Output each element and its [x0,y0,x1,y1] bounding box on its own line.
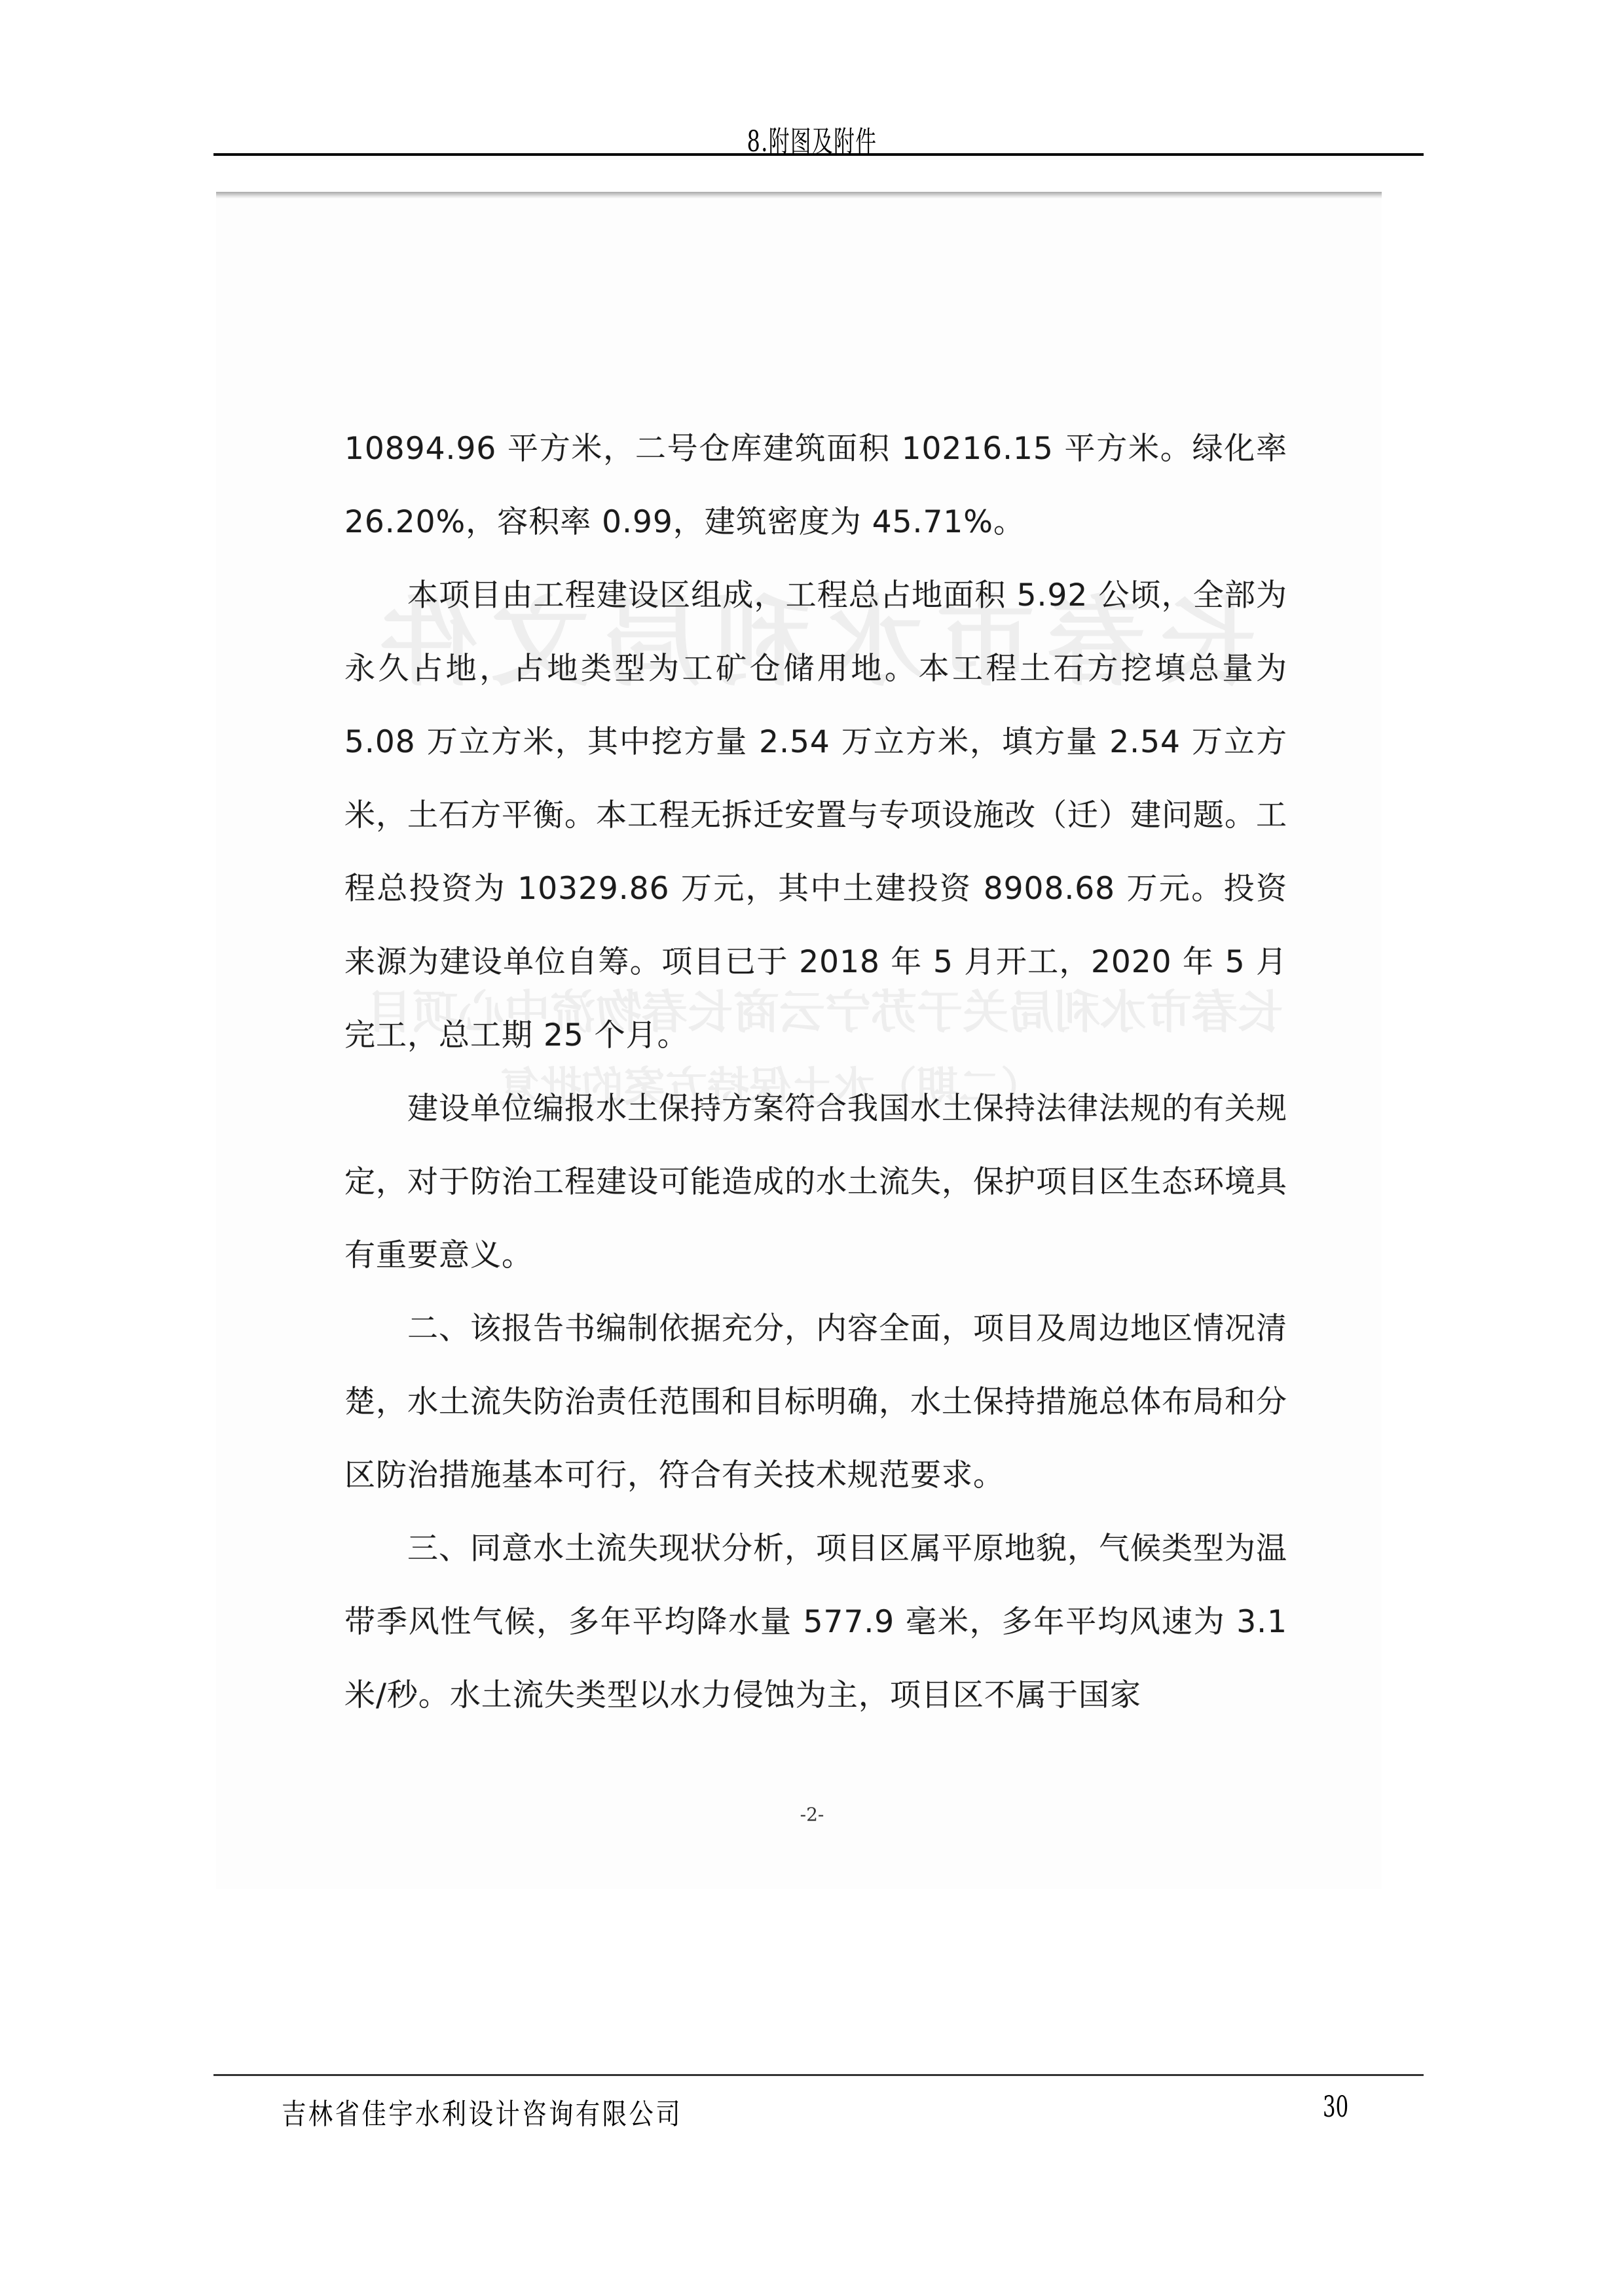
footer-page-number: 30 [1323,2090,1348,2124]
paragraph: 本项目由工程建设区组成，工程总占地面积 5.92 公顷，全部为永久占地，占地类型… [344,559,1287,1072]
header-rule [213,153,1424,156]
scan-top-shadow [216,192,1382,198]
scanned-page-number: -2- [0,1804,1624,1825]
paragraph: 二、该报告书编制依据充分，内容全面，项目及周边地区情况清楚，水土流失防治责任范围… [344,1292,1287,1512]
scanned-body-text: 10894.96 平方米，二号仓库建筑面积 10216.15 平方米。绿化率 2… [344,412,1287,1732]
paragraph: 建设单位编报水土保持方案符合我国水土保持法律法规的有关规定，对于防治工程建设可能… [344,1072,1287,1292]
paragraph: 三、同意水土流失现状分析，项目区属平原地貌，气候类型为温带季风性气候，多年平均降… [344,1512,1287,1732]
paragraph: 10894.96 平方米，二号仓库建筑面积 10216.15 平方米。绿化率 2… [344,412,1287,559]
footer-rule [213,2074,1424,2076]
footer-company-name: 吉林省佳宇水利设计咨询有限公司 [282,2090,682,2132]
